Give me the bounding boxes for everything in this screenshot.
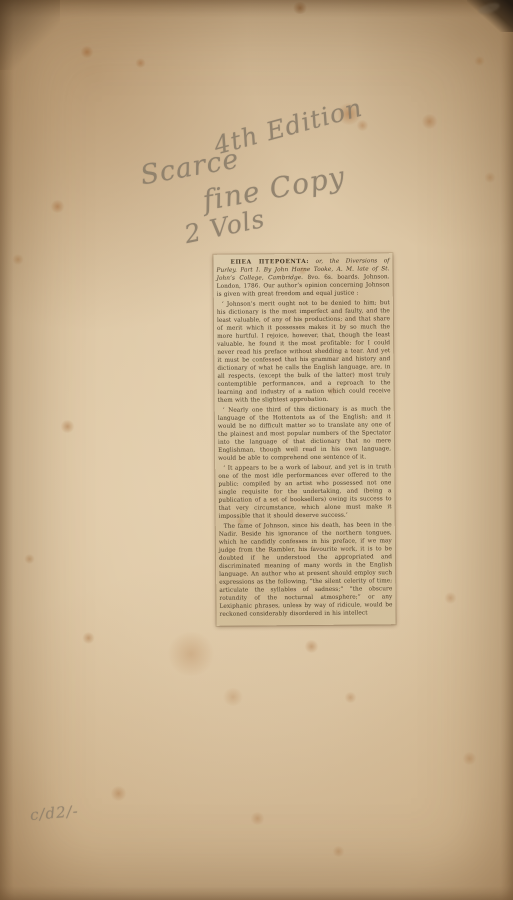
clipping-paragraph: The fame of Johnson, since his death, ha… — [219, 521, 393, 619]
clipping-paragraph: ‘ It appears to be a work of labour, and… — [218, 463, 391, 521]
pasted-clipping: ΕΠΕΑ ΠΤΕΡΟΕΝΤΑ: or, the Diversions of Pu… — [213, 253, 395, 626]
photo-frame: 4th Edition Scarce fine Copy 2 Vols c/d2… — [0, 0, 513, 900]
clipping-paragraph: ‘ Johnson’s merit ought not to be denied… — [217, 299, 391, 405]
page-corner-shadow — [0, 0, 60, 70]
clipping-title-greek: ΕΠΕΑ ΠΤΕΡΟΕΝΤΑ: — [230, 259, 309, 266]
clipping-paragraphs: ‘ Johnson’s merit ought not to be denied… — [217, 299, 393, 618]
clipping-heading: ΕΠΕΑ ΠΤΕΡΟΕΝΤΑ: or, the Diversions of Pu… — [216, 257, 389, 299]
clipping-paragraph: ‘ Nearly one third of this dictionary is… — [218, 405, 391, 463]
